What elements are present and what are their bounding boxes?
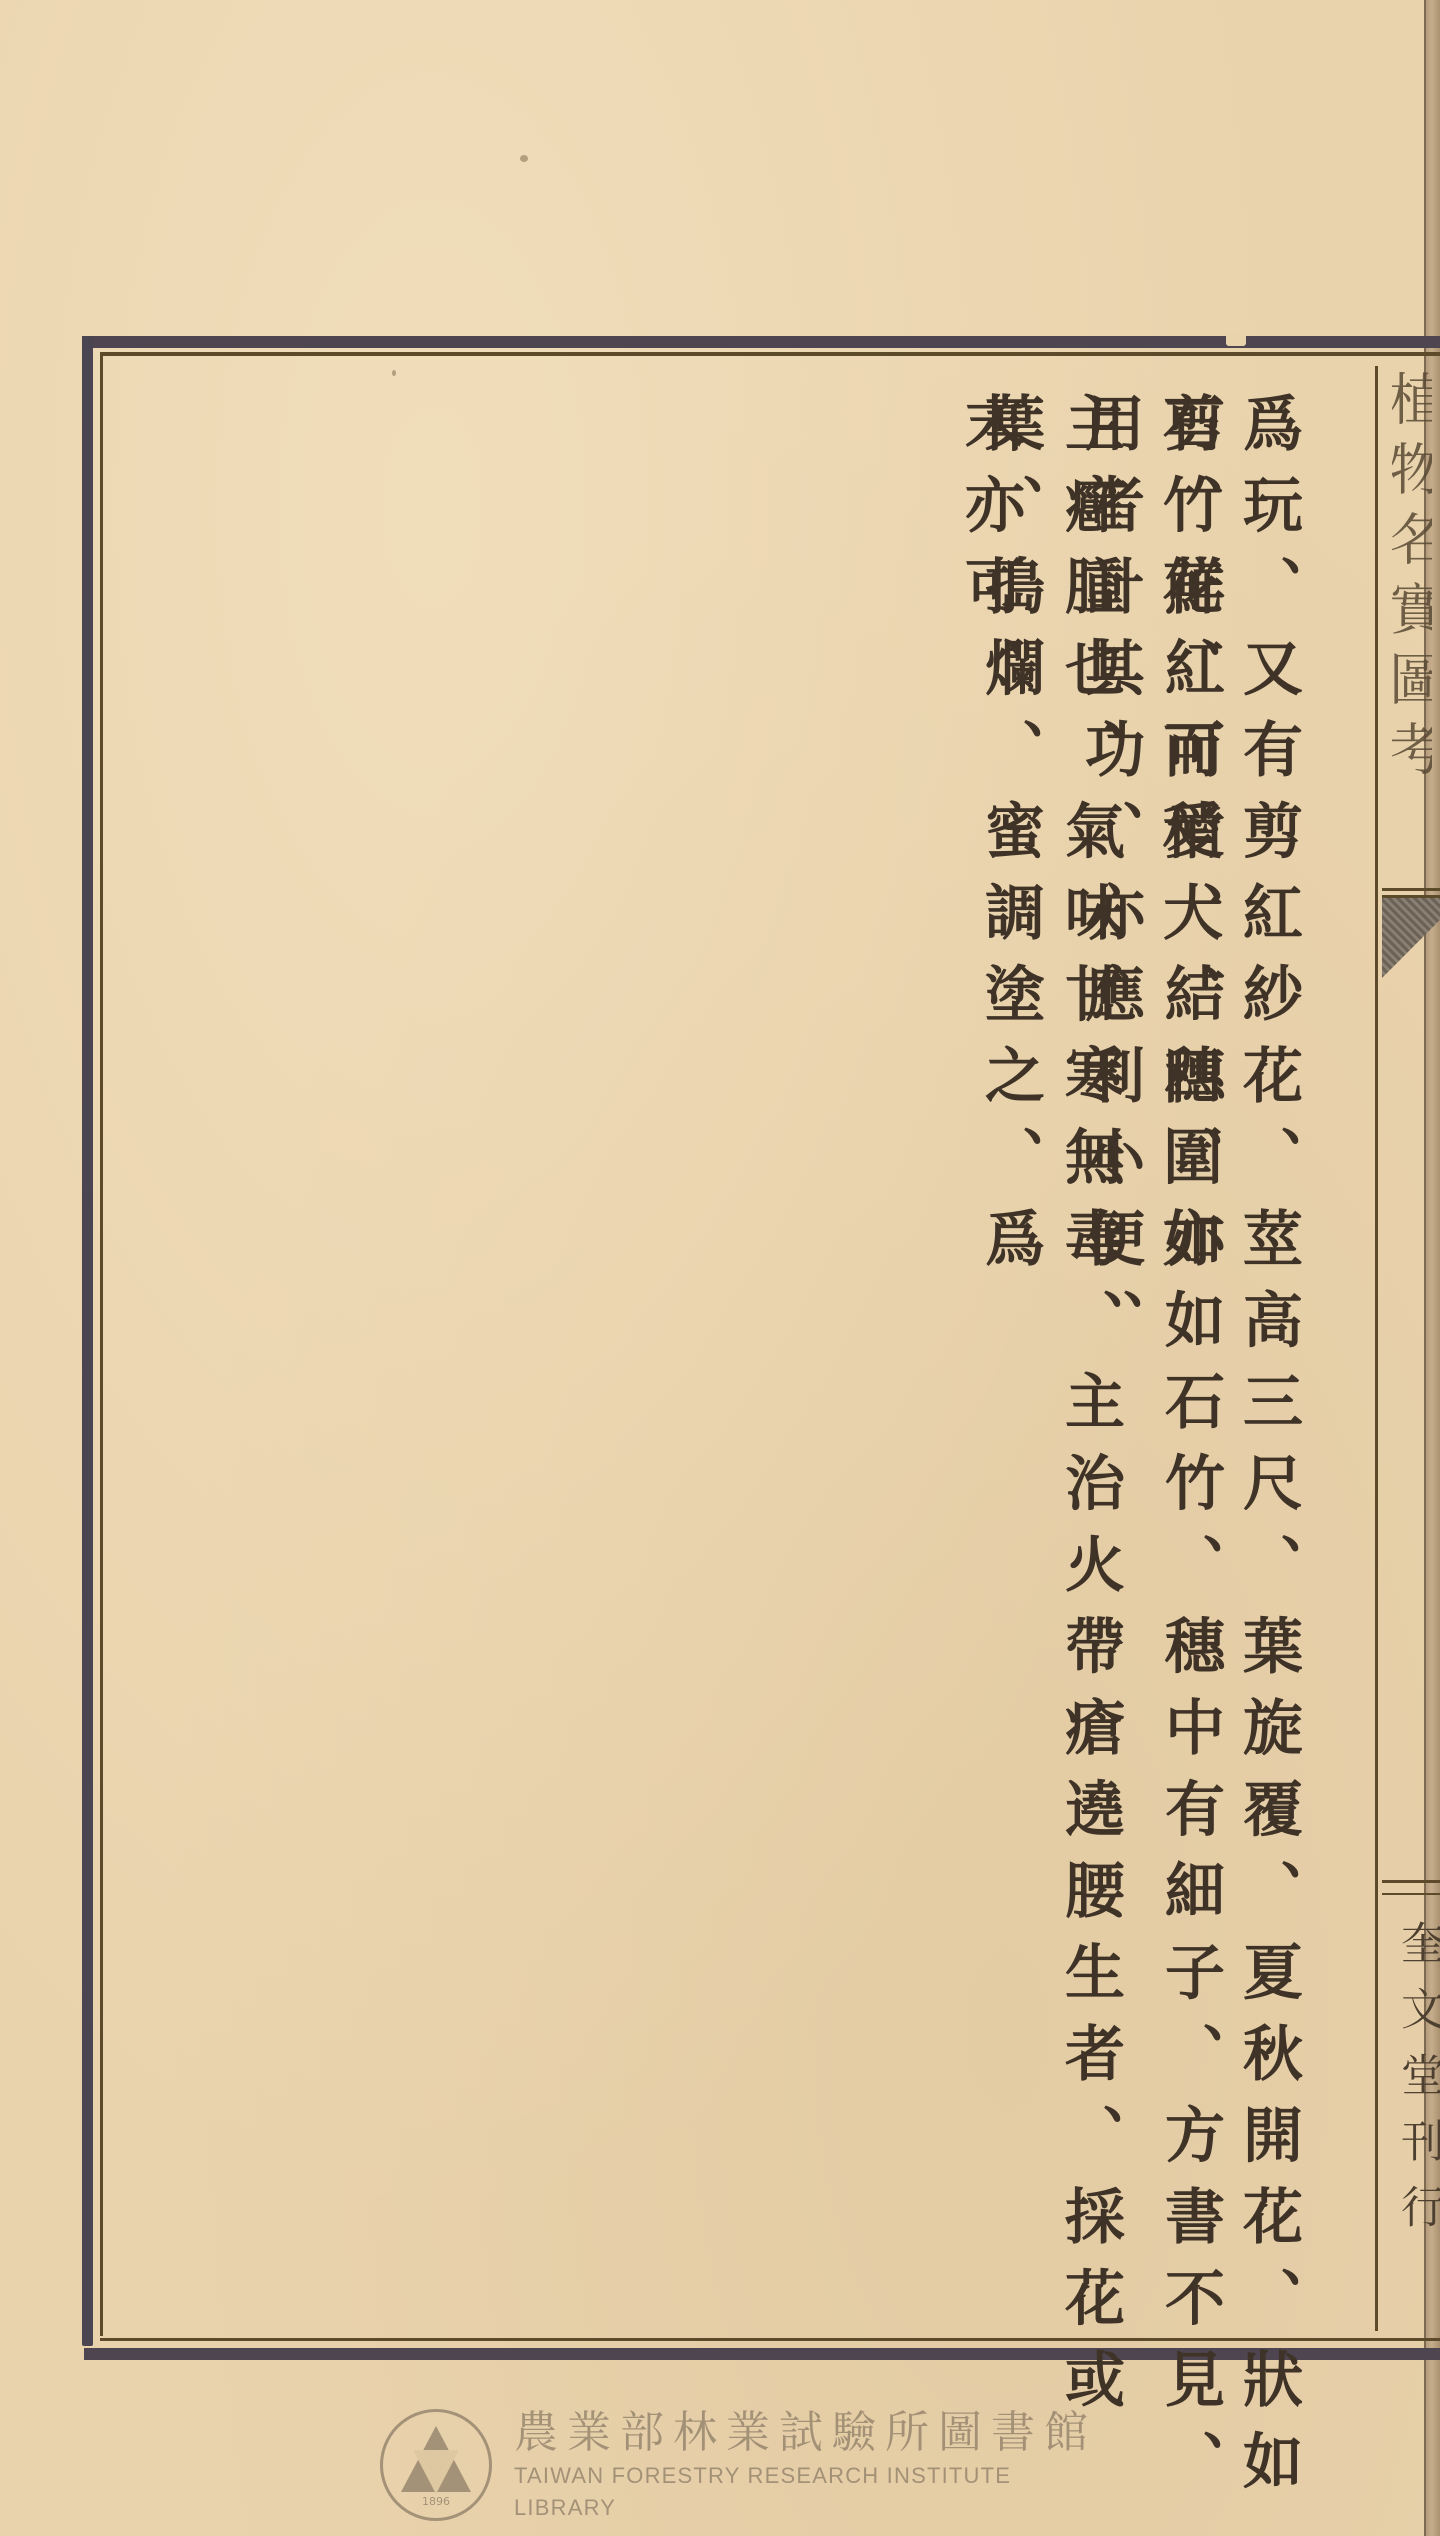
publisher-rule-secondary: [1382, 1893, 1440, 1895]
paper-stain: [520, 155, 528, 162]
border-wear-gap: [1226, 332, 1246, 346]
center-fold-divider: [1375, 366, 1378, 2331]
paper-speck: [392, 370, 396, 376]
institute-seal-icon: 1896: [380, 2409, 492, 2521]
text-column-1: 爲玩、又有剪紅紗花、莖高三尺、葉旋覆、夏秋開花、狀如石竹花、而稍大、四圍如: [1228, 392, 1308, 2536]
text-column-4: 末亦可、: [950, 392, 1030, 718]
seal-year: 1896: [383, 2495, 489, 2508]
library-watermark: 1896 農業部林業試驗所圖書館 TAIWAN FORESTRY RESEARC…: [380, 2410, 1100, 2520]
text-column-3: 主癰腫也、氣味甘寒無毒、主治火帶瘡遶腰生者、採花或葉、搗爛、蜜調塗之、爲: [1050, 392, 1130, 2536]
frame-inner-line-top: [100, 352, 1440, 356]
publisher-rule: [1382, 1880, 1440, 1883]
watermark-text: 農業部林業試驗所圖書館 TAIWAN FORESTRY RESEARCH INS…: [514, 2406, 1100, 2524]
frame-border-left: [82, 336, 93, 2346]
library-name-chinese: 農業部林業試驗所圖書館: [514, 2406, 1100, 2460]
text-column-2: 剪、鮮紅可愛、結穗、亦如石竹、穗中有細子、方書不見、用者計其功、亦應利小便、: [1150, 392, 1230, 2536]
fishtail-rule: [1382, 888, 1440, 891]
margin-publisher: 奎文堂刊行: [1388, 1920, 1440, 2250]
library-name-english: TAIWAN FORESTRY RESEARCH INSTITUTE LIBRA…: [514, 2460, 1100, 2524]
frame-inner-line-left: [100, 356, 103, 2336]
